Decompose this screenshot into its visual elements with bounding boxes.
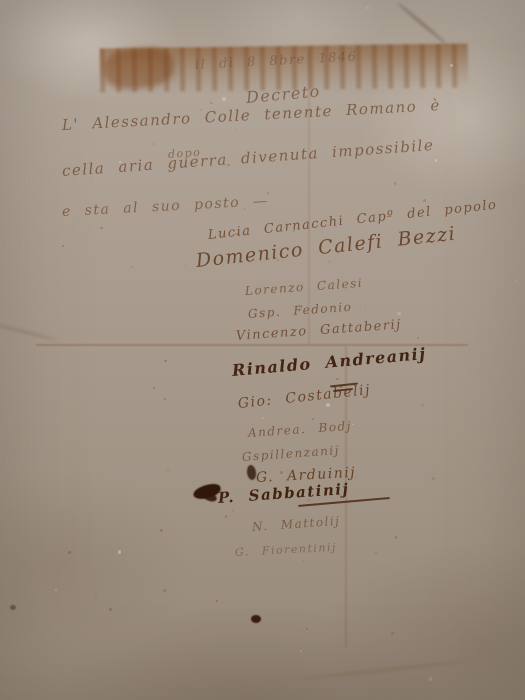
handwriting-layer: il dì 8 8bre 1846 Decreto L' Alessandro … (0, 0, 525, 700)
signature-line-11: Andrea. Bodj (248, 419, 353, 440)
signature-line-16: G. Fiorentinij (235, 541, 338, 559)
signature-line-6: Lorenzo Calesi (245, 276, 364, 298)
photograph: il dì 8 8bre 1846 Decreto L' Alessandro … (0, 0, 525, 700)
signature-line-9: Rinaldo Andreanij (231, 344, 427, 380)
signature-line-10: Gio: Costabelij (237, 382, 372, 412)
body-line-3: e sta al suo posto — (62, 193, 269, 220)
signature-line-7: Gsp. Fedonio (248, 300, 353, 321)
body-line-2: cella aria guerra divenuta impossibile (61, 136, 434, 180)
ink-dot (251, 615, 261, 623)
signature-line-8: Vincenzo Gattaberij (235, 317, 402, 344)
signature-line-15: N. Mattolij (252, 514, 341, 534)
date-line: il dì 8 8bre 1846 (195, 49, 358, 72)
signature-line-12: Gspillenzanij (242, 443, 341, 464)
